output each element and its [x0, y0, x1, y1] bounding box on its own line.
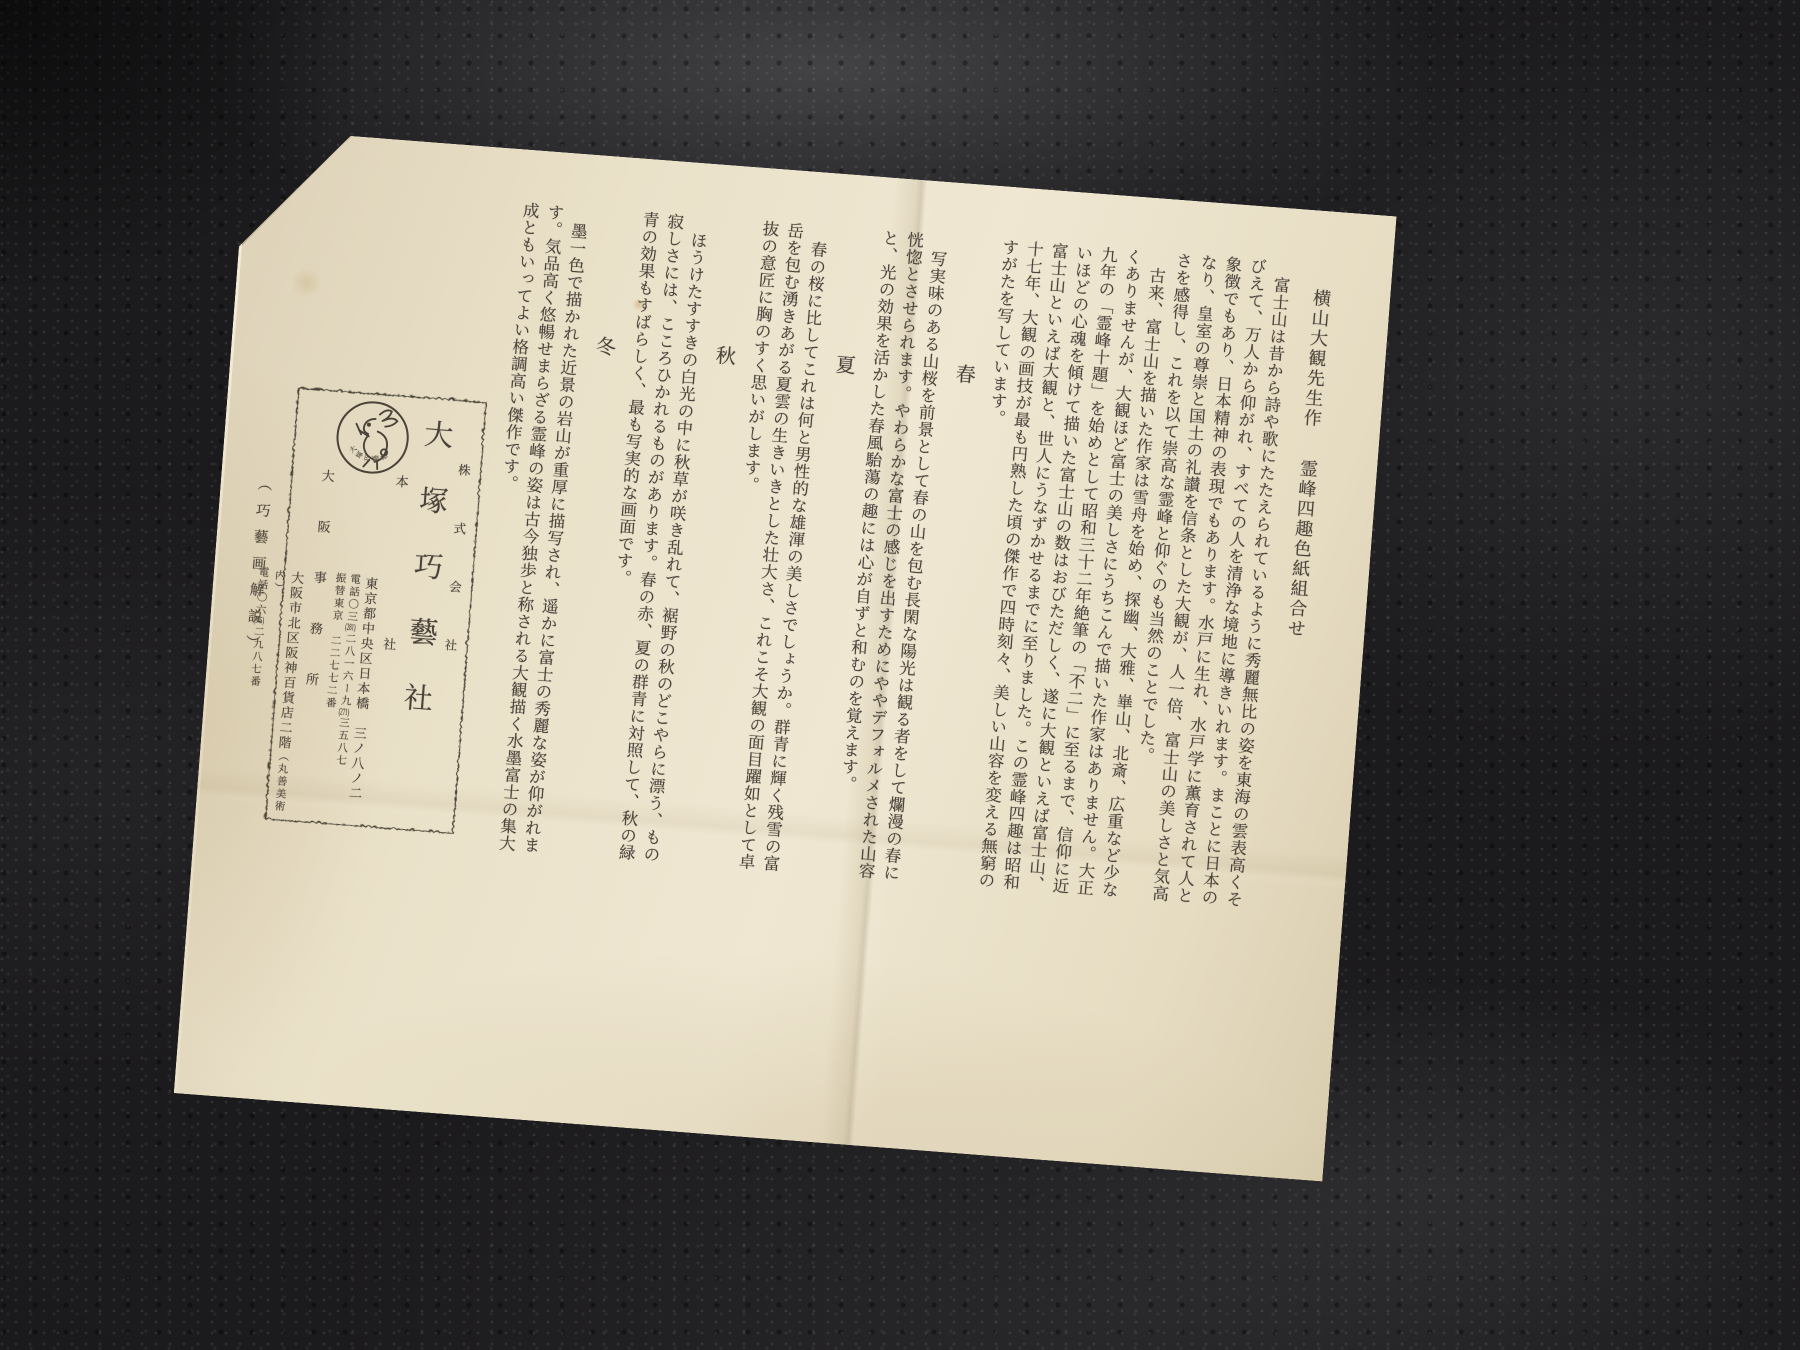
photo-vignette [0, 0, 1800, 1350]
photo-scene: 横山大観先生作 霊峰四趣色紙組合せ 富士山は昔から詩や歌にたたえられているように… [0, 0, 1800, 1350]
